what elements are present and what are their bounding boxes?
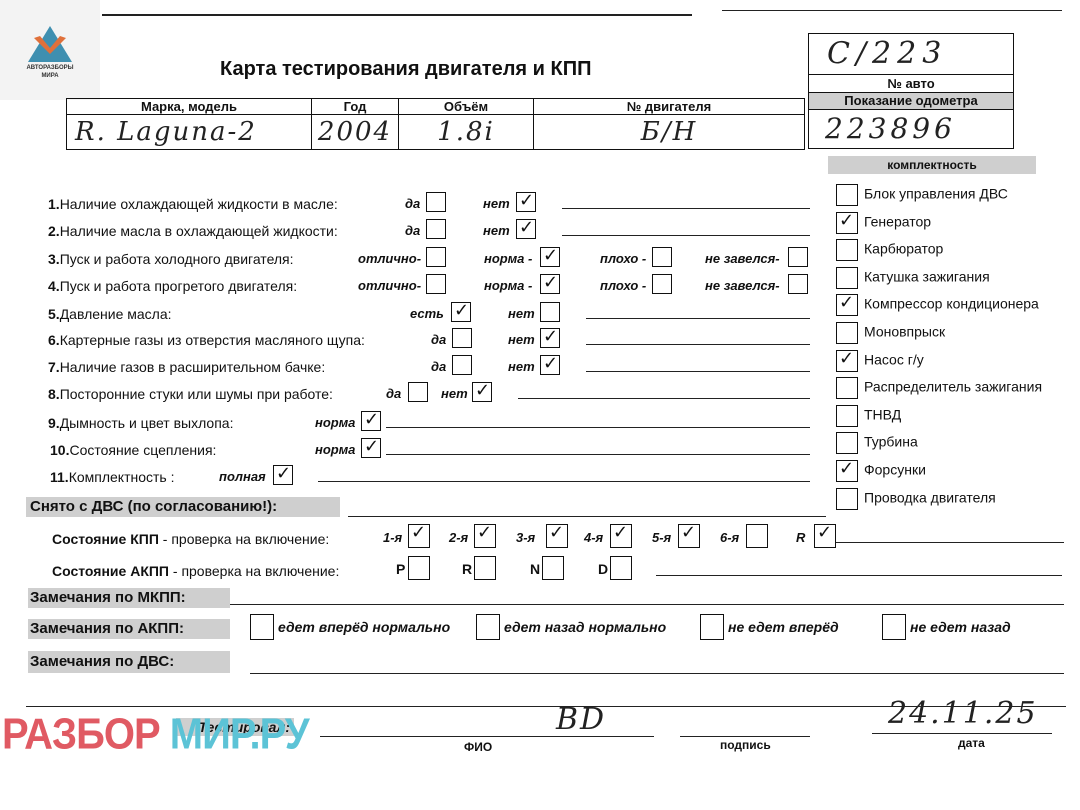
check-mark-icon: ✓ [839,210,854,231]
option-label: есть [410,306,444,321]
check-mark-icon: ✓ [681,522,696,543]
option-label: норма - [484,251,532,266]
gear-label: 2-я [449,530,468,545]
check-mark-icon: ✓ [817,522,832,543]
option-label: отлично- [358,251,421,266]
option-label: нет [441,386,468,401]
option-label: да [431,359,446,374]
option-label: нет [508,306,535,321]
kit-item[interactable]: ✓Насос г/у [836,350,924,372]
question-label: 11.Комплектность : [50,469,175,485]
manual-gearbox-label: Состояние КПП - проверка на включение: [52,531,329,547]
vehicle-info-table: Марка, модель Год Объём № двигателя R. L… [66,98,805,150]
kit-item[interactable]: Карбюратор [836,239,943,261]
model-value[interactable]: R. Laguna-2 [67,115,312,150]
odometer-label: Показание одометра [809,92,1013,110]
option-checkbox[interactable]: ✓ [540,355,560,375]
akpp-position-checkbox[interactable] [474,556,496,580]
option-label: норма - [484,278,532,293]
kit-item-label: Моновпрыск [864,324,945,340]
option-checkbox[interactable]: ✓ [361,438,381,458]
option-checkbox[interactable] [652,247,672,267]
engine-number-value[interactable]: Б/Н [534,115,805,150]
option-checkbox[interactable]: ✓ [361,411,381,431]
car-number-label: № авто [809,74,1013,91]
year-value[interactable]: 2004 [312,115,399,150]
signature-label: подпись [720,738,771,752]
akpp-remark-label: не едет назад [910,619,1011,635]
option-label: да [405,223,420,238]
kit-title: комплектность [828,156,1036,174]
question-label: 3.Пуск и работа холодного двигателя: [48,251,294,267]
akpp-position-checkbox[interactable] [542,556,564,580]
gear-label: 5-я [652,530,671,545]
check-mark-icon: ✓ [543,326,558,347]
check-mark-icon: ✓ [475,380,490,401]
option-checkbox[interactable] [426,219,446,239]
car-number-value[interactable]: С/223 [827,36,947,71]
option-checkbox[interactable]: ✓ [540,328,560,348]
akpp-remark-label: едет назад нормально [504,619,666,635]
akpp-position-label: N [530,561,540,577]
akpp-position-label: D [598,561,608,577]
check-mark-icon: ✓ [543,245,558,266]
option-label: нет [508,332,535,347]
akpp-remark-checkbox[interactable] [882,614,906,640]
removed-label: Снято с ДВС (по согласованию!): [26,497,340,517]
akpp-remark-label: не едет вперёд [728,619,839,635]
option-checkbox[interactable]: ✓ [472,382,492,402]
option-label: норма [315,415,355,430]
gear-checkbox[interactable]: ✓ [678,524,700,548]
option-checkbox[interactable] [788,274,808,294]
option-label: нет [483,223,510,238]
question-label: 7.Наличие газов в расширительном бачке: [48,359,325,375]
option-checkbox[interactable] [652,274,672,294]
kit-item-label: Распределитель зажигания [864,379,1042,395]
kit-item[interactable]: Катушка зажигания [836,267,990,289]
kit-item[interactable]: ✓Компрессор кондиционера [836,294,1039,316]
option-label: не завелся- [705,278,780,293]
date-label: дата [958,736,985,750]
akpp-remark-checkbox[interactable] [250,614,274,640]
option-label: отлично- [358,278,421,293]
question-label: 10.Состояние сцепления: [50,442,216,458]
logo-mark-icon [26,24,74,64]
company-logo: АВТОРАЗБОРЫ МИРА [0,0,100,100]
question-label: 5.Давление масла: [48,306,172,322]
kit-item-label: Катушка зажигания [864,269,990,285]
option-checkbox[interactable] [788,247,808,267]
option-label: плохо - [600,251,646,266]
gear-label: 6-я [720,530,739,545]
kit-item-label: Проводка двигателя [864,489,996,505]
col-model: Марка, модель [67,99,312,115]
watermark-part1: РАЗБОР [2,710,160,758]
kit-checkbox[interactable] [836,488,858,510]
kit-checkbox[interactable]: ✓ [836,460,858,482]
gear-checkbox[interactable]: ✓ [814,524,836,548]
check-mark-icon: ✓ [364,409,379,430]
question-label: 6.Картерные газы из отверстия масляного … [48,332,365,348]
kit-item-label: Компрессор кондиционера [864,296,1039,312]
option-label: плохо - [600,278,646,293]
kit-checkbox[interactable] [836,405,858,427]
akpp-position-checkbox[interactable] [610,556,632,580]
check-mark-icon: ✓ [454,300,469,321]
kit-checkbox[interactable] [836,239,858,261]
page-title: Карта тестирования двигателя и КПП [220,58,591,81]
check-mark-icon: ✓ [543,272,558,293]
check-mark-icon: ✓ [477,522,492,543]
akpp-position-checkbox[interactable] [408,556,430,580]
gear-label: 3-я [516,530,535,545]
question-label: 8.Посторонние стуки или шумы при работе: [48,386,333,402]
option-label: да [386,386,401,401]
option-checkbox[interactable]: ✓ [273,465,293,485]
kit-checkbox[interactable] [836,322,858,344]
date-value[interactable]: 24.11.25 [888,696,1038,731]
option-label: да [405,196,420,211]
kit-item[interactable]: Турбина [836,432,918,454]
option-checkbox[interactable] [452,355,472,375]
option-label: не завелся- [705,251,780,266]
remarks-auto-label: Замечания по АКПП: [28,619,230,639]
auto-gearbox-label: Состояние АКПП - проверка на включение: [52,563,339,579]
kit-item[interactable]: Проводка двигателя [836,488,996,510]
check-mark-icon: ✓ [839,292,854,313]
kit-checkbox[interactable] [836,184,858,206]
option-checkbox[interactable]: ✓ [540,247,560,267]
gear-label: R [796,530,805,545]
kit-item-label: Турбина [864,434,918,450]
check-mark-icon: ✓ [613,522,628,543]
akpp-position-label: P [396,561,405,577]
volume-value[interactable]: 1.8i [399,115,534,150]
check-mark-icon: ✓ [549,522,564,543]
check-mark-icon: ✓ [519,190,534,211]
kit-checkbox[interactable]: ✓ [836,294,858,316]
option-checkbox[interactable] [426,247,446,267]
kit-item-label: Генератор [864,213,931,229]
check-mark-icon: ✓ [411,522,426,543]
question-label: 9.Дымность и цвет выхлопа: [48,415,233,431]
option-checkbox[interactable]: ✓ [516,192,536,212]
kit-item[interactable]: Моновпрыск [836,322,945,344]
gear-checkbox[interactable]: ✓ [546,524,568,548]
remarks-engine-label: Замечания по ДВС: [28,651,230,673]
watermark: РАЗБОР МИР.РУ [2,710,309,760]
kit-item-label: Форсунки [864,462,926,478]
gear-checkbox[interactable] [746,524,768,548]
remarks-manual-label: Замечания по МКПП: [28,588,230,608]
question-label: 4.Пуск и работа прогретого двигателя: [48,278,297,294]
option-label: полная [219,469,266,484]
kit-item[interactable]: Распределитель зажигания [836,377,1042,399]
akpp-remark-checkbox[interactable] [476,614,500,640]
kit-item[interactable]: ТНВД [836,405,901,427]
option-checkbox[interactable] [426,192,446,212]
fio-value[interactable]: ВD [556,702,606,737]
fio-label: ФИО [464,740,492,754]
kit-item[interactable]: ✓Генератор [836,212,931,234]
col-volume: Объём [399,99,534,115]
option-checkbox[interactable]: ✓ [516,219,536,239]
gear-label: 1-я [383,530,402,545]
akpp-remark-checkbox[interactable] [700,614,724,640]
option-checkbox[interactable]: ✓ [451,302,471,322]
kit-checkbox[interactable]: ✓ [836,350,858,372]
kit-checkbox[interactable] [836,377,858,399]
option-checkbox[interactable] [426,274,446,294]
check-mark-icon: ✓ [364,436,379,457]
gear-checkbox[interactable]: ✓ [474,524,496,548]
watermark-part2: МИР.РУ [170,710,309,758]
kit-item-label: Блок управления ДВС [864,186,1008,202]
option-checkbox[interactable] [540,302,560,322]
gear-checkbox[interactable]: ✓ [610,524,632,548]
check-mark-icon: ✓ [839,348,854,369]
kit-checkbox[interactable]: ✓ [836,212,858,234]
question-label: 1.Наличие охлаждающей жидкости в масле: [48,196,338,212]
option-checkbox[interactable] [408,382,428,402]
option-label: норма [315,442,355,457]
option-label: нет [483,196,510,211]
logo-text-2: МИРА [0,72,100,80]
kit-checkbox[interactable] [836,267,858,289]
check-mark-icon: ✓ [543,353,558,374]
kit-item-label: Карбюратор [864,241,943,257]
kit-item-label: ТНВД [864,407,901,423]
kit-item[interactable]: ✓Форсунки [836,460,926,482]
akpp-position-label: R [462,561,472,577]
akpp-remark-label: едет вперёд нормально [278,619,450,635]
kit-item[interactable]: Блок управления ДВС [836,184,1008,206]
check-mark-icon: ✓ [839,458,854,479]
col-year: Год [312,99,399,115]
question-label: 2.Наличие масла в охлаждающей жидкости: [48,223,338,239]
option-label: нет [508,359,535,374]
car-info-block: С/223 № авто Показание одометра 223896 [808,33,1014,149]
kit-checkbox[interactable] [836,432,858,454]
option-label: да [431,332,446,347]
option-checkbox[interactable] [452,328,472,348]
option-checkbox[interactable]: ✓ [540,274,560,294]
check-mark-icon: ✓ [519,217,534,238]
check-mark-icon: ✓ [276,463,291,484]
kit-item-label: Насос г/у [864,351,924,367]
logo-text-1: АВТОРАЗБОРЫ [0,64,100,72]
gear-label: 4-я [584,530,603,545]
col-engine-number: № двигателя [534,99,805,115]
odometer-value[interactable]: 223896 [825,112,956,145]
gear-checkbox[interactable]: ✓ [408,524,430,548]
